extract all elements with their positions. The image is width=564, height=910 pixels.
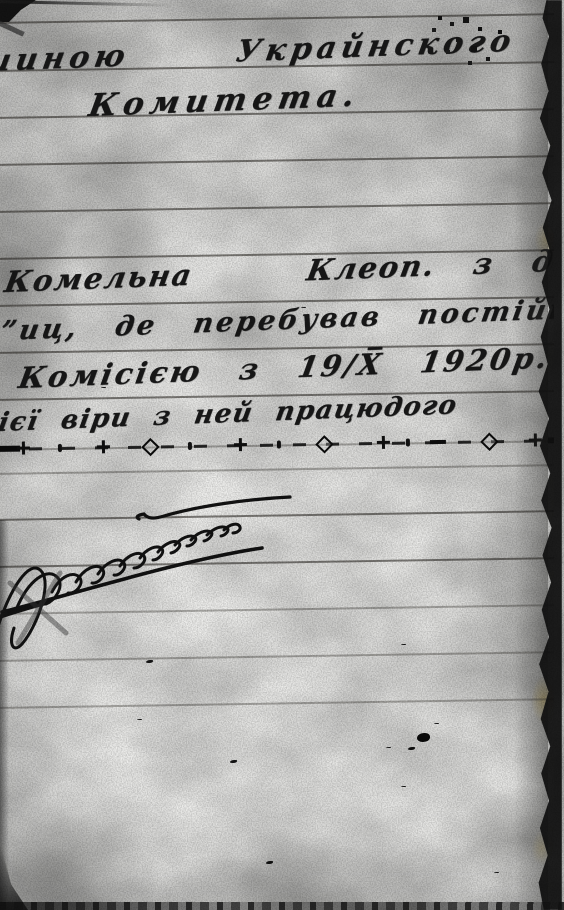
signature-cross-mark: [10, 573, 66, 643]
stitch-mark: [277, 441, 281, 449]
ruled-line: [0, 202, 564, 213]
handwriting-line: Комельна Клеоп. з дійсно: [2, 240, 564, 299]
signature-scribble: [0, 524, 240, 648]
stitch-mark: [188, 442, 192, 450]
ruled-line: [0, 651, 564, 662]
handwriting-line: Комитета.: [86, 77, 363, 124]
stitch-mark: [430, 440, 446, 444]
stitch-mark: [141, 438, 159, 456]
signature-underline: [2, 548, 262, 612]
speckled-bottom-edge: [0, 902, 564, 910]
stitch-mark: [315, 435, 333, 453]
ruled-line: [0, 13, 564, 24]
ruled-line: [0, 557, 564, 568]
stitch-mark: [382, 436, 385, 449]
handwriting-line: ииною Украйнского: [0, 24, 518, 79]
signature-flourish: [0, 478, 320, 678]
ruled-line: [0, 604, 564, 615]
ink-speck-cluster: [438, 16, 442, 20]
ruled-line: [0, 464, 564, 475]
ruled-line: [0, 510, 564, 521]
stitch-mark: [102, 440, 105, 453]
ruled-line: [0, 698, 564, 709]
ruled-line: [0, 155, 564, 166]
ink-specks: [417, 733, 430, 742]
stitch-dashed-line: [0, 439, 564, 451]
stitch-mark: [480, 433, 498, 451]
stitch-row: [0, 431, 564, 462]
stitch-mark: [22, 442, 25, 455]
stitch-mark: [239, 438, 242, 451]
document-scan: ииною Украйнского Комитета. Комельна Кле…: [0, 0, 564, 910]
stitch-mark: [58, 444, 62, 452]
stitch-mark: [406, 438, 410, 446]
